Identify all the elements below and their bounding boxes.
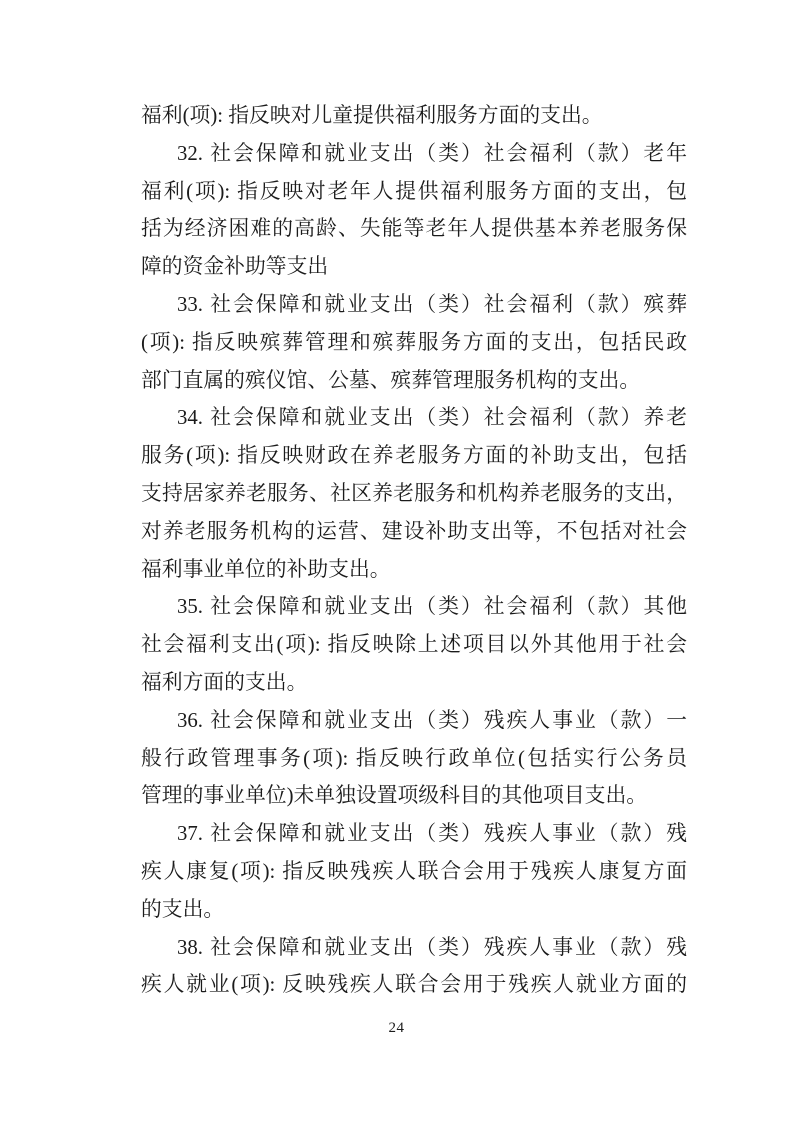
text-line: 福利方面的支出。: [141, 664, 687, 702]
text-line: 般行政管理事务(项): 指反映行政单位(包括实行公务员: [141, 740, 687, 778]
document-body: 福利(项): 指反映对儿童提供福利服务方面的支出。32. 社会保障和就业支出（类…: [141, 97, 687, 1004]
text-line: 36. 社会保障和就业支出（类）残疾人事业（款）一: [141, 702, 687, 740]
text-line: 对养老服务机构的运营、建设补助支出等，不包括对社会: [141, 513, 687, 551]
text-line: 社会福利支出(项): 指反映除上述项目以外其他用于社会: [141, 626, 687, 664]
text-line: 支持居家养老服务、社区养老服务和机构养老服务的支出，: [141, 475, 687, 513]
page-number: 24: [389, 1020, 405, 1036]
text-line: 疾人就业(项): 反映残疾人联合会用于残疾人就业方面的: [141, 966, 687, 1004]
text-line: 34. 社会保障和就业支出（类）社会福利（款）养老: [141, 399, 687, 437]
text-line: 管理的事业单位)未单独设置项级科目的其他项目支出。: [141, 777, 687, 815]
text-line: 福利(项): 指反映对老年人提供福利服务方面的支出，包: [141, 173, 687, 211]
text-line: 服务(项): 指反映财政在养老服务方面的补助支出，包括: [141, 437, 687, 475]
text-line: 疾人康复(项): 指反映残疾人联合会用于残疾人康复方面: [141, 853, 687, 891]
text-line: 38. 社会保障和就业支出（类）残疾人事业（款）残: [141, 929, 687, 967]
text-line: 部门直属的殡仪馆、公墓、殡葬管理服务机构的支出。: [141, 362, 687, 400]
text-line: 35. 社会保障和就业支出（类）社会福利（款）其他: [141, 588, 687, 626]
text-line: 括为经济困难的高龄、失能等老年人提供基本养老服务保: [141, 210, 687, 248]
text-line: 37. 社会保障和就业支出（类）残疾人事业（款）残: [141, 815, 687, 853]
text-line: 福利(项): 指反映对儿童提供福利服务方面的支出。: [141, 97, 687, 135]
page-footer: 24: [0, 1019, 793, 1037]
text-line: 33. 社会保障和就业支出（类）社会福利（款）殡葬: [141, 286, 687, 324]
text-line: 32. 社会保障和就业支出（类）社会福利（款）老年: [141, 135, 687, 173]
document-page: 福利(项): 指反映对儿童提供福利服务方面的支出。32. 社会保障和就业支出（类…: [0, 0, 793, 1122]
text-line: 福利事业单位的补助支出。: [141, 551, 687, 589]
text-line: (项): 指反映殡葬管理和殡葬服务方面的支出，包括民政: [141, 324, 687, 362]
text-line: 障的资金补助等支出: [141, 248, 687, 286]
text-line: 的支出。: [141, 891, 687, 929]
